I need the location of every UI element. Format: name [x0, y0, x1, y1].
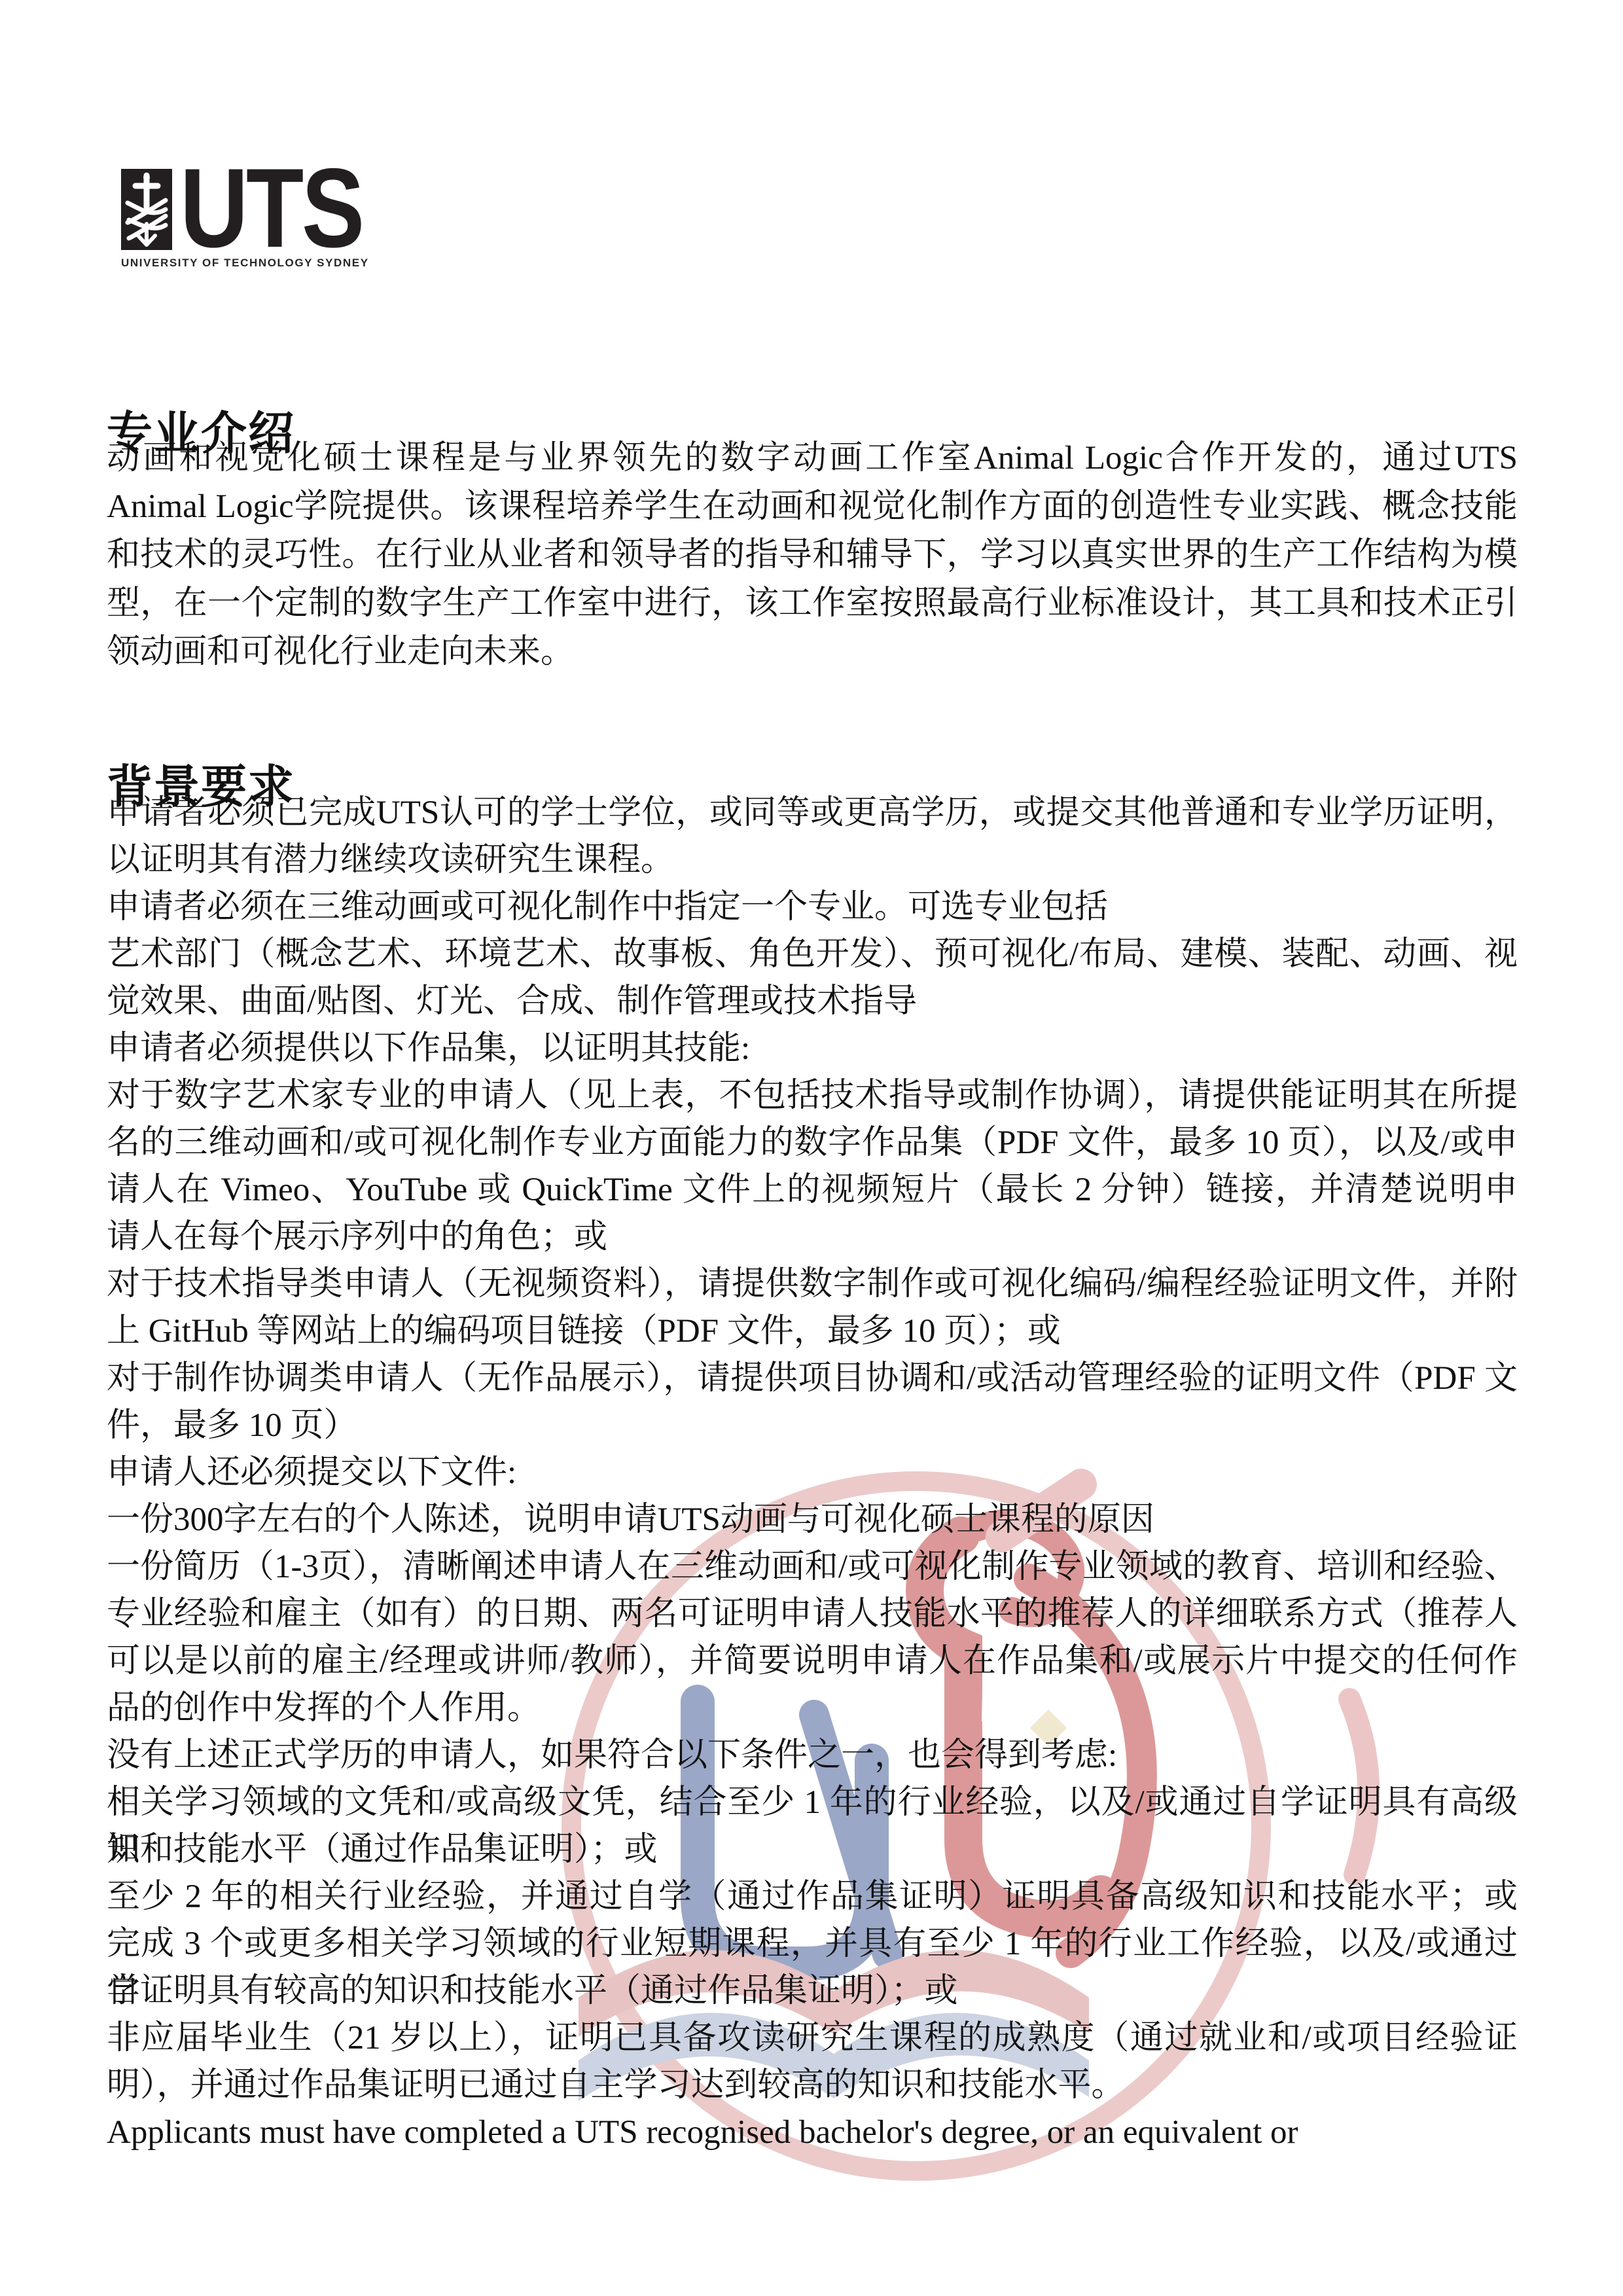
uts-wordmark: UTS — [180, 152, 363, 264]
text-line: 名的三维动画和/或可视化制作专业方面能力的数字作品集（PDF 文件，最多 10 … — [107, 1119, 1518, 1166]
text-line: 对于数字艺术家专业的申请人（见上表，不包括技术指导或制作协调），请提供能证明其在… — [107, 1072, 1518, 1119]
text-line: 相关学习领域的文凭和/或高级文凭，结合至少 1 年的行业经验，以及/或通过自学证… — [107, 1779, 1518, 1826]
text-line: 品的创作中发挥的个人作用。 — [107, 1685, 1518, 1732]
text-line: 艺术部门（概念艺术、环境艺术、故事板、角色开发）、预可视化/布局、建模、装配、动… — [107, 931, 1518, 978]
text-line: 至少 2 年的相关行业经验，并通过自学（通过作品集证明）证明具备高级知识和技能水… — [107, 1873, 1518, 1920]
text-line: 非应届毕业生（21 岁以上），证明已具备攻读研究生课程的成熟度（通过就业和/或项… — [107, 2015, 1518, 2062]
text-line: 申请者必须提供以下作品集，以证明其技能: — [107, 1025, 1518, 1072]
text-line: 申请者必须在三维动画或可视化制作中指定一个专业。可选专业包括 — [107, 884, 1518, 931]
background-requirements-lines: 申请者必须已完成UTS认可的学士学位，或同等或更高学历，或提交其他普通和专业学历… — [107, 789, 1518, 2156]
text-line: 完成 3 个或更多相关学习领域的行业短期课程，并具有至少 1 年的行业工作经验，… — [107, 1920, 1518, 1967]
text-line: 可以是以前的雇主/经理或讲师/教师），并简要说明申请人在作品集和/或展示片中提交… — [107, 1638, 1518, 1685]
document-page: UTS UNIVERSITY OF TECHNOLOGY SYDNEY 专业介绍… — [0, 0, 1623, 2296]
text-line: Animal Logic学院提供。该课程培养学生在动画和视觉化制作方面的创造性专… — [107, 482, 1518, 531]
text-line: 明），并通过作品集证明已通过自主学习达到较高的知识和技能水平。 — [107, 2062, 1518, 2109]
text-line: 件，最多 10 页） — [107, 1402, 1518, 1449]
text-line: 申请者必须已完成UTS认可的学士学位，或同等或更高学历，或提交其他普通和专业学历… — [107, 789, 1518, 836]
uts-logo: UTS UNIVERSITY OF TECHNOLOGY SYDNEY — [121, 164, 396, 278]
text-line: Applicants must have completed a UTS rec… — [107, 2109, 1518, 2156]
uts-crest-icon — [121, 169, 172, 250]
uts-tagline: UNIVERSITY OF TECHNOLOGY SYDNEY — [121, 257, 369, 270]
text-line: 专业经验和雇主（如有）的日期、两名可证明申请人技能水平的推荐人的详细联系方式（推… — [107, 1590, 1518, 1638]
text-line: 没有上述正式学历的申请人，如果符合以下条件之一，也会得到考虑: — [107, 1732, 1518, 1779]
text-line: 对于制作协调类申请人（无作品展示），请提供项目协调和/或活动管理经验的证明文件（… — [107, 1355, 1518, 1402]
text-line: 对于技术指导类申请人（无视频资料），请提供数字制作或可视化编码/编程经验证明文件… — [107, 1261, 1518, 1308]
text-line: 动画和视觉化硕士课程是与业界领先的数字动画工作室Animal Logic合作开发… — [107, 434, 1518, 482]
text-line: 学证明具有较高的知识和技能水平（通过作品集证明）；或 — [107, 1967, 1518, 2015]
program-intro-lines: 动画和视觉化硕士课程是与业界领先的数字动画工作室Animal Logic合作开发… — [107, 434, 1518, 676]
text-line: 和技术的灵巧性。在行业从业者和领导者的指导和辅导下，学习以真实世界的生产工作结构… — [107, 531, 1518, 579]
text-line: 上 GitHub 等网站上的编码项目链接（PDF 文件，最多 10 页）；或 — [107, 1308, 1518, 1355]
text-line: 一份300字左右的个人陈述，说明申请UTS动画与可视化硕士课程的原因 — [107, 1496, 1518, 1543]
text-line: 识和技能水平（通过作品集证明）；或 — [107, 1826, 1518, 1873]
text-line: 觉效果、曲面/贴图、灯光、合成、制作管理或技术指导 — [107, 978, 1518, 1025]
text-line: 领动画和可视化行业走向未来。 — [107, 628, 1518, 676]
text-line: 请人在 Vimeo、YouTube 或 QuickTime 文件上的视频短片（最… — [107, 1166, 1518, 1213]
text-line: 以证明其有潜力继续攻读研究生课程。 — [107, 836, 1518, 884]
text-line: 型，在一个定制的数字生产工作室中进行，该工作室按照最高行业标准设计，其工具和技术… — [107, 579, 1518, 628]
text-line: 申请人还必须提交以下文件: — [107, 1449, 1518, 1496]
text-line: 一份简历（1-3页），清晰阐述申请人在三维动画和/或可视化制作专业领域的教育、培… — [107, 1543, 1518, 1590]
text-line: 请人在每个展示序列中的角色；或 — [107, 1213, 1518, 1261]
